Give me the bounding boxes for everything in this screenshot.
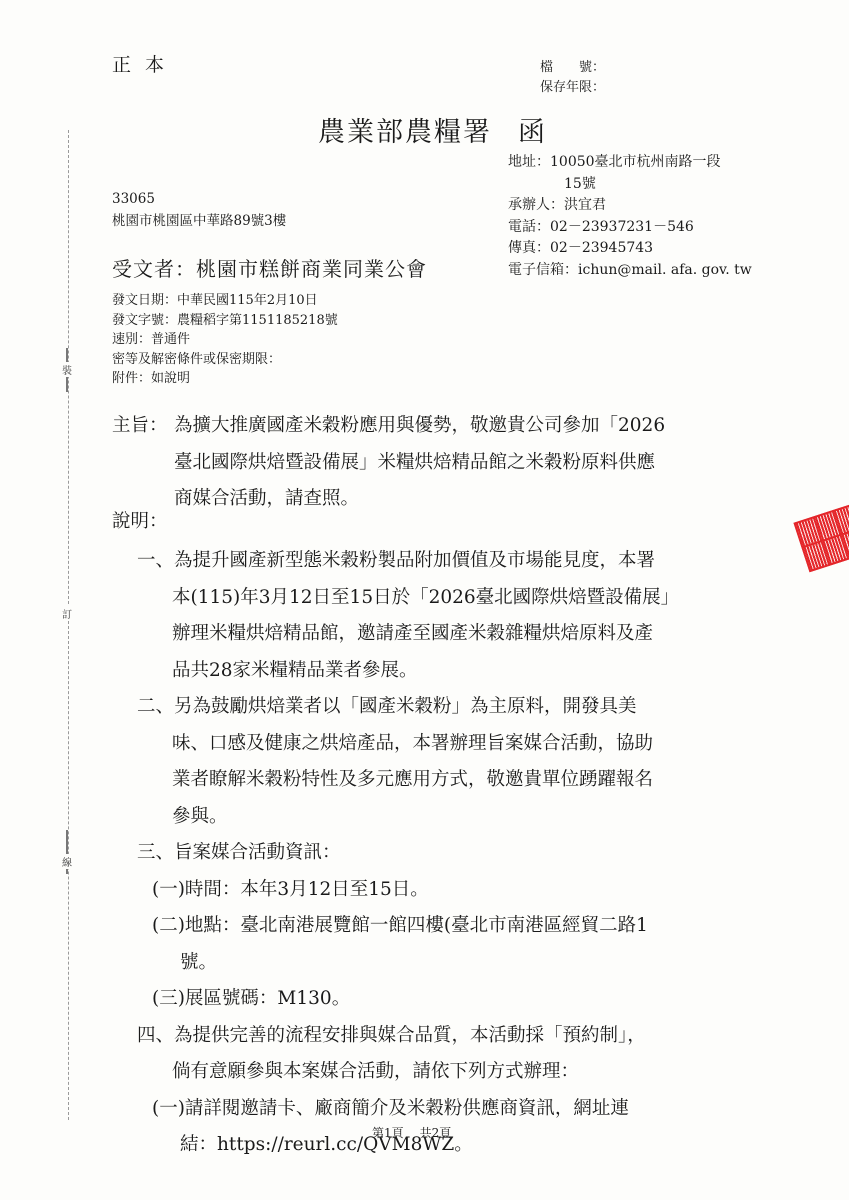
fax: 傳真：02－23945743 xyxy=(508,238,752,260)
page-footer: 第1頁共2頁 xyxy=(372,1124,451,1141)
classification: 密等及解密條件或保密期限： xyxy=(112,350,338,370)
binding-mark-bottom: 線 xyxy=(62,854,72,869)
item-3-place-cont: 號。 xyxy=(112,945,679,982)
binding-mark-top: 裝 xyxy=(62,362,72,377)
document-type: 函 xyxy=(518,117,547,148)
item-3-place: (二)地點：臺北南港展覽館一館四樓(臺北市南港區經貿二路1 xyxy=(112,908,679,945)
item-4-line-2: 倘有意願參與本案媒合活動，請依下列方式辦理： xyxy=(112,1054,679,1091)
sender-address-cont: 15號 xyxy=(508,174,752,196)
item-1-line-1: 一、為提升國產新型態米穀粉製品附加價值及市場能見度，本署 xyxy=(112,543,679,580)
document-meta: 發文日期：中華民國115年2月10日 發文字號：農糧稻字第1151185218號… xyxy=(112,291,338,389)
issue-date: 發文日期：中華民國115年2月10日 xyxy=(112,291,338,311)
recipient-address: 桃園市桃園區中華路89號3樓 xyxy=(112,210,286,232)
subject-label: 主旨： xyxy=(112,408,174,445)
delivery-speed: 速別：普通件 xyxy=(112,330,338,350)
item-3-time: (一)時間：本年3月12日至15日。 xyxy=(112,872,679,909)
page-total: 共2頁 xyxy=(420,1126,452,1140)
item-2-line-4: 參與。 xyxy=(112,799,679,836)
document-number: 發文字號：農糧稻字第1151185218號 xyxy=(112,311,338,331)
item-2-line-1: 二、另為鼓勵烘焙業者以「國產米穀粉」為主原料，開發具美 xyxy=(112,689,679,726)
item-1-line-3: 辦理米糧烘焙精品館，邀請產至國產米穀雜糧烘焙原料及產 xyxy=(112,616,679,653)
email: 電子信箱：ichun@mail. afa. gov. tw xyxy=(508,260,752,282)
archive-info: 檔 號： 保存年限： xyxy=(540,58,605,98)
page-number: 第1頁 xyxy=(372,1126,404,1140)
item-4-line-1: 四、為提供完善的流程安排與媒合品質，本活動採「預約制」， xyxy=(112,1018,679,1055)
recipient-postal-code: 33065 xyxy=(112,188,286,210)
sender-address: 地址：10050臺北市杭州南路一段 xyxy=(508,152,752,174)
subject-section: 主旨： 為擴大推廣國產米穀粉應用與優勢，敬邀貴公司參加「2026 臺北國際烘焙暨… xyxy=(112,408,665,518)
document-title: 農業部農糧署函 xyxy=(318,110,547,149)
sender-contact-block: 地址：10050臺北市杭州南路一段 15號 承辦人：洪宜君 電話：02－2393… xyxy=(508,152,752,281)
phone: 電話：02－23937231－546 xyxy=(508,217,752,239)
explanation-body: 一、為提升國產新型態米穀粉製品附加價值及市場能見度，本署 本(115)年3月12… xyxy=(112,543,679,1164)
subject-line-3: 商媒合活動，請查照。 xyxy=(112,481,665,518)
agency-name: 農業部農糧署 xyxy=(318,117,492,148)
item-3-booth: (三)展區號碼：M130。 xyxy=(112,981,679,1018)
archive-number-label: 檔 號： xyxy=(540,58,605,78)
binding-mark-middle: 訂 xyxy=(62,606,72,621)
item-4-sub-1: (一)請詳閱邀請卡、廠商簡介及米穀粉供應商資訊，網址連 xyxy=(112,1091,679,1128)
copy-label: 正本 xyxy=(112,50,178,77)
attachment: 附件：如說明 xyxy=(112,369,338,389)
recipient-address-block: 33065 桃園市桃園區中華路89號3樓 xyxy=(112,188,286,232)
official-seal-stamp xyxy=(793,504,849,573)
binding-line xyxy=(68,130,69,1120)
subject-line-2: 臺北國際烘焙暨設備展」米糧烘焙精品館之米穀粉原料供應 xyxy=(112,445,665,482)
retention-period-label: 保存年限： xyxy=(540,78,605,98)
item-3-heading: 三、旨案媒合活動資訊： xyxy=(112,835,679,872)
item-1-line-2: 本(115)年3月12日至15日於「2026臺北國際烘焙暨設備展」 xyxy=(112,580,679,617)
recipient-name: 受文者：桃園市糕餅商業同業公會 xyxy=(112,253,427,282)
explanation-label: 說明： xyxy=(112,507,168,533)
item-2-line-2: 味、口感及健康之烘焙產品，本署辦理旨案媒合活動，協助 xyxy=(112,726,679,763)
item-2-line-3: 業者瞭解米穀粉特性及多元應用方式，敬邀貴單位踴躍報名 xyxy=(112,762,679,799)
subject-line-1: 為擴大推廣國產米穀粉應用與優勢，敬邀貴公司參加「2026 xyxy=(174,408,665,445)
handler: 承辦人：洪宜君 xyxy=(508,195,752,217)
item-1-line-4: 品共28家米糧精品業者參展。 xyxy=(112,653,679,690)
